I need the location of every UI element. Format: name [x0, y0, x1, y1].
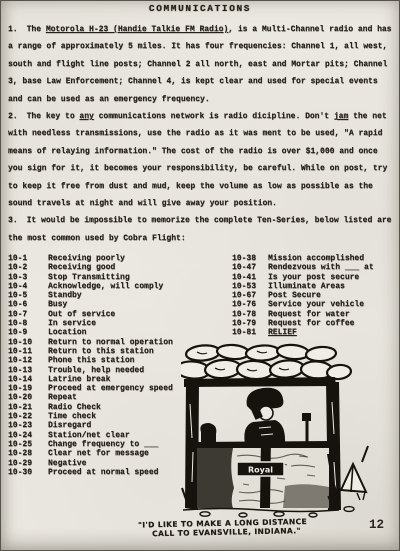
paragraph-3-number: 3. [8, 216, 18, 225]
ten-code-label: Repeat [48, 393, 77, 402]
ten-code-label: Change frequency to ___ [48, 440, 158, 449]
ten-code-number: 10-23 [8, 421, 48, 430]
ten-code-label: Busy [48, 300, 67, 309]
ten-code-number: 10-11 [8, 347, 48, 356]
ten-code-label: Disregard [48, 421, 91, 430]
ten-code-label: Acknowledge, will comply [48, 282, 163, 291]
ten-code-number: 10-78 [232, 310, 268, 319]
ten-code-row: 10-6Busy [8, 300, 173, 309]
ten-code-number: 10-22 [8, 412, 48, 421]
ten-code-label: Request for coffee [268, 319, 354, 328]
page-number: 12 [369, 518, 384, 532]
bunker-cartoon-illustration: Royal [181, 341, 369, 519]
hotel-sign: Royal [237, 462, 284, 476]
ten-code-row: 10-25Change frequency to ___ [8, 440, 173, 449]
ten-code-row: 10-29Negative [8, 459, 173, 468]
ten-code-number: 10-47 [232, 263, 268, 272]
ten-code-number: 10-9 [8, 328, 48, 337]
ten-code-row: 10-3Stop Transmitting [8, 273, 173, 282]
ten-code-number: 10-2 [8, 263, 48, 272]
ten-code-number: 10-1 [8, 254, 48, 263]
ten-code-row: 10-79Request for coffee [232, 319, 374, 328]
ten-code-number: 10-8 [8, 319, 48, 328]
paragraph-1: 1.The Motorola H-23 (Handie Talkie FM Ra… [8, 21, 395, 108]
ten-code-label: Illuminate Areas [268, 282, 345, 291]
ten-code-row: 10-23Disregard [8, 421, 173, 430]
ten-code-label: Location [48, 328, 86, 337]
paragraph-1-underlined-text: Motorola H-23 (Handie Talkie FM Radio) [46, 25, 228, 34]
ten-code-label: Post Secure [268, 291, 321, 300]
ten-code-label: Request for water [268, 310, 350, 319]
ten-code-number: 10-13 [8, 366, 48, 375]
sandbag-on-sill [200, 423, 216, 444]
ten-code-row: 10-12Phone this station [8, 356, 173, 365]
paragraph-2-text-mid: communications network is radio diciplin… [94, 112, 334, 121]
ten-code-row: 10-4Acknowledge, will comply [8, 282, 173, 291]
page-title: COMMUNICATIONS [0, 3, 400, 14]
paragraph-2-text: The key to [27, 112, 80, 121]
ten-code-number: 10-76 [232, 300, 268, 309]
paragraph-2-underlined-word-jam: jam [334, 112, 348, 121]
hotel-sign-text: Royal [248, 466, 273, 475]
ten-code-label: Out of service [48, 310, 115, 319]
ten-code-row: 10-78Request for water [232, 310, 374, 319]
ten-code-number: 10-3 [8, 273, 48, 282]
ten-code-label: Receiving good [48, 263, 115, 272]
paragraph-1-text-rest: , is a Multi-Channel radio and has a ran… [8, 25, 391, 104]
ten-code-label: Clear net for message [48, 449, 149, 458]
ten-code-row: 10-47Rendezvous with ___ at [232, 263, 374, 272]
ten-code-number: 10-25 [8, 440, 48, 449]
ten-code-row: 10-30Proceed at normal speed [8, 468, 173, 477]
ten-codes-left-column: 10-1Receiving poorly 10-2Receiving good … [8, 254, 173, 477]
paragraph-2-text-rest: the net with needless transmissions, use… [8, 112, 387, 208]
bunker-top-beam [184, 377, 336, 387]
ten-code-label: Return to normal operation [48, 338, 173, 347]
ten-code-number: 10-7 [8, 310, 48, 319]
paragraph-3: 3.It would be impossible to memorize the… [8, 212, 395, 247]
ten-code-row: 10-21Radio Check [8, 403, 173, 412]
ten-code-label: Radio Check [48, 403, 101, 412]
ten-code-number: 10-41 [232, 273, 268, 282]
ten-code-row: 10-28Clear net for message [8, 449, 173, 458]
ten-code-row: 10-5Standby [8, 291, 173, 300]
ten-code-label: Trouble, help needed [48, 366, 144, 375]
paragraph-1-text: The [27, 25, 46, 34]
ten-code-number: 10-28 [8, 449, 48, 458]
ten-code-row: 10-11Return to this station [8, 347, 173, 356]
ten-code-label: Standby [48, 291, 82, 300]
ten-code-row: 10-9Location [8, 328, 173, 337]
ten-code-label: Negative [48, 459, 86, 468]
ten-code-label: Station/net clear [48, 431, 130, 440]
ten-code-row: 10-7Out of service [8, 310, 173, 319]
soldier-with-radio [244, 388, 285, 444]
ten-code-label: Stop Transmitting [48, 273, 130, 282]
ten-code-number: 10-29 [8, 459, 48, 468]
ten-code-number: 10-20 [8, 393, 48, 402]
ten-code-row: 10-8In service [8, 319, 173, 328]
ten-code-number: 10-19 [8, 384, 48, 393]
ten-code-row: 10-76Service your vehicle [232, 300, 374, 309]
periscope-stick [302, 413, 311, 444]
ten-code-row: 10-41Is your post secure [232, 273, 374, 282]
sandbag-roof [181, 344, 352, 381]
ten-code-row: 10-2Receiving good [8, 263, 173, 272]
ten-codes-right-column: 10-38Mission accomplished 10-47Rendezvou… [232, 254, 374, 338]
ten-code-row: 10-19Proceed at emergency speed [8, 384, 173, 393]
ten-code-number: 10-10 [8, 338, 48, 347]
paragraph-2-number: 2. [8, 112, 18, 121]
ten-code-label: Mission accomplished [268, 254, 364, 263]
ten-code-number: 10-21 [8, 403, 48, 412]
ten-code-label: Proceed at emergency speed [48, 384, 173, 393]
ten-code-row: 10-13Trouble, help needed [8, 366, 173, 375]
ten-code-label: RELIEF [268, 328, 297, 337]
scanned-document-page: COMMUNICATIONS 1.The Motorola H-23 (Hand… [0, 0, 400, 551]
ten-code-row: 10-67Post Secure [232, 291, 374, 300]
ten-code-label: Phone this station [48, 356, 134, 365]
ten-code-label: Return to this station [48, 347, 154, 356]
ten-code-number: 10-24 [8, 431, 48, 440]
ten-code-row: 10-53Illuminate Areas [232, 282, 374, 291]
ten-code-row: 10-24Station/net clear [8, 431, 173, 440]
ten-code-label: In service [48, 319, 96, 328]
ten-code-number: 10-38 [232, 254, 268, 263]
ten-code-row: 10-22Time check [8, 412, 173, 421]
ten-code-label: Proceed at normal speed [48, 468, 158, 477]
ten-code-number: 10-79 [232, 319, 268, 328]
body-paragraphs: 1.The Motorola H-23 (Handie Talkie FM Ra… [8, 21, 395, 247]
ten-code-row: 10-14Latrine break [8, 375, 173, 384]
ten-code-label: Receiving poorly [48, 254, 125, 263]
ten-code-label: Rendezvous with ___ at [268, 263, 374, 272]
ten-code-label: Service your vehicle [268, 300, 364, 309]
ten-code-label: Latrine break [48, 375, 110, 384]
ten-code-row: 10-38Mission accomplished [232, 254, 374, 263]
ten-code-label: Time check [48, 412, 96, 421]
ten-code-number: 10-14 [8, 375, 48, 384]
cartoon-caption: "I'D LIKE TO MAKE A LONG DISTANCE CALL T… [138, 516, 373, 539]
ten-code-row: 10-10Return to normal operation [8, 338, 173, 347]
paragraph-2: 2.The key to any communications network … [8, 108, 395, 212]
paragraph-3-text: It would be impossible to memorize the c… [8, 216, 391, 242]
ten-code-number: 10-12 [8, 356, 48, 365]
ten-code-row: 10-81RELIEF [232, 328, 374, 337]
ten-code-number: 10-81 [232, 328, 268, 337]
ten-code-number: 10-6 [8, 300, 48, 309]
ten-code-number: 10-67 [232, 291, 268, 300]
ten-code-number: 10-53 [232, 282, 268, 291]
ten-code-row: 10-20Repeat [8, 393, 173, 402]
ten-code-row: 10-1Receiving poorly [8, 254, 173, 263]
ten-code-label: Is your post secure [268, 273, 359, 282]
ten-code-number: 10-5 [8, 291, 48, 300]
ten-code-number: 10-4 [8, 282, 48, 291]
paragraph-1-number: 1. [8, 25, 18, 34]
ten-code-number: 10-30 [8, 468, 48, 477]
paragraph-2-underlined-word-any: any [79, 112, 93, 121]
